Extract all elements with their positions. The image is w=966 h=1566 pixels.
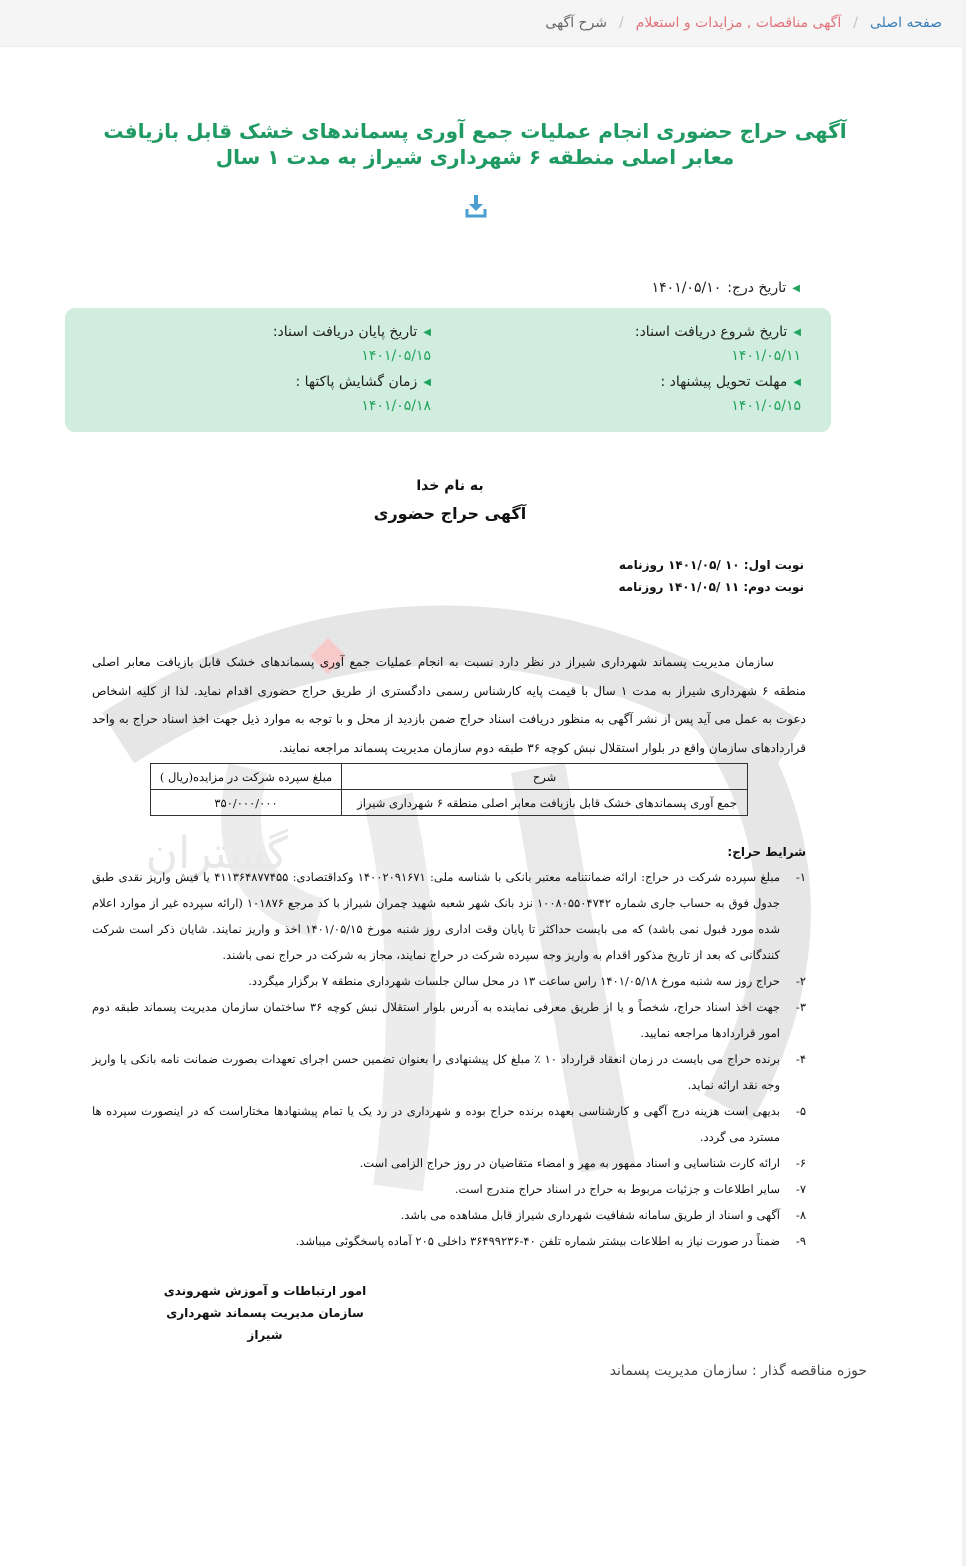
start-receive-label: تاریخ شروع دریافت اسناد:	[635, 324, 787, 340]
publication-round-2: نوبت دوم: ۱۱ /۱۴۰۱/۰۵ روزنامه	[618, 580, 804, 594]
doc-heading-title: آگهی حراج حضوری	[88, 504, 812, 523]
insert-date-label: تاریخ درج:	[727, 280, 786, 296]
condition-text: سایر اطلاعات و جزئیات مربوط به حراج در ا…	[455, 1182, 780, 1196]
conditions-list: ۱-مبلغ سپرده شرکت در حراج: ارائه ضمانتنا…	[92, 864, 806, 1254]
table-header: مبلغ سپرده شرکت در مزایده(ریال )	[151, 764, 342, 790]
condition-text: بدیهی است هزینه درج آگهی و کارشناسی بعهد…	[92, 1104, 780, 1144]
proposal-deadline-value: ۱۴۰۱/۰۵/۱۵	[660, 398, 801, 414]
table-cell: ۳۵۰/۰۰۰/۰۰۰	[151, 790, 342, 816]
condition-number: ۳-	[796, 994, 806, 1020]
end-receive-label: تاریخ پایان دریافت اسناد:	[273, 324, 417, 340]
signature-line-2: سازمان مدیریت پسماند شهرداری شیراز	[160, 1302, 370, 1346]
announcement-document-image: گستران به نام خدا آگهی حراج حضوری نوبت ا…	[88, 468, 812, 1346]
condition-item: ۸-آگهی و اسناد از طریق سامانه شفافیت شهر…	[92, 1202, 806, 1228]
dates-panel: ◀تاریخ شروع دریافت اسناد: ۱۴۰۱/۰۵/۱۱ ◀تا…	[65, 308, 831, 432]
breadcrumb-home-link[interactable]: صفحه اصلی	[870, 15, 942, 31]
condition-item: ۲-حراج روز سه شنبه مورخ ۱۴۰۱/۰۵/۱۸ راس س…	[92, 968, 806, 994]
download-button[interactable]	[463, 192, 489, 220]
page-title: آگهی حراج حضوری انجام عملیات جمع آوری پس…	[80, 118, 870, 170]
condition-text: حراج روز سه شنبه مورخ ۱۴۰۱/۰۵/۱۸ راس ساع…	[248, 974, 780, 988]
breadcrumb-separator: /	[619, 15, 624, 31]
triangle-bullet-icon: ◀	[792, 283, 800, 294]
signature-block: امور ارتباطات و آموزش شهروندی سازمان مدی…	[160, 1280, 370, 1346]
start-receive-date: ◀تاریخ شروع دریافت اسناد: ۱۴۰۱/۰۵/۱۱	[635, 324, 801, 364]
condition-number: ۱-	[796, 864, 806, 890]
condition-number: ۴-	[796, 1046, 806, 1072]
opening-time: ◀زمان گشایش پاکتها : ۱۴۰۱/۰۵/۱۸	[295, 374, 431, 414]
download-icon	[464, 193, 488, 219]
condition-number: ۲-	[796, 968, 806, 994]
condition-number: ۸-	[796, 1202, 806, 1228]
condition-number: ۷-	[796, 1176, 806, 1202]
proposal-deadline-label: مهلت تحویل پیشنهاد :	[660, 374, 787, 390]
publication-round-1: نوبت اول: ۱۰ /۱۴۰۱/۰۵ روزنامه	[619, 558, 804, 572]
end-receive-date: ◀تاریخ پایان دریافت اسناد: ۱۴۰۱/۰۵/۱۵	[273, 324, 431, 364]
doc-heading-basmala: به نام خدا	[88, 478, 812, 494]
condition-item: ۱-مبلغ سپرده شرکت در حراج: ارائه ضمانتنا…	[92, 864, 806, 968]
conditions-title: شرایط حراج:	[727, 845, 806, 859]
triangle-bullet-icon: ◀	[423, 377, 431, 388]
opening-label: زمان گشایش پاکتها :	[295, 374, 417, 390]
breadcrumb-category-link[interactable]: آگهی مناقصات , مزایدات و استعلام	[636, 15, 841, 31]
signature-line-1: امور ارتباطات و آموزش شهروندی	[160, 1280, 370, 1302]
condition-text: ارائه کارت شناسایی و اسناد ممهور به مهر …	[360, 1156, 780, 1170]
triangle-bullet-icon: ◀	[793, 377, 801, 388]
condition-number: ۵-	[796, 1098, 806, 1124]
condition-text: ضمناً در صورت نیاز به اطلاعات بیشتر شمار…	[296, 1234, 780, 1248]
opening-value: ۱۴۰۱/۰۵/۱۸	[295, 398, 431, 414]
table-cell: جمع آوری پسماندهای خشک قابل بازیافت معاب…	[342, 790, 748, 816]
page-edge-divider	[962, 0, 966, 1566]
proposal-deadline: ◀مهلت تحویل پیشنهاد : ۱۴۰۱/۰۵/۱۵	[660, 374, 801, 414]
condition-text: جهت اخذ اسناد حراج، شخصاً و یا از طریق م…	[92, 1000, 780, 1040]
deposit-table: شرح مبلغ سپرده شرکت در مزایده(ریال ) جمع…	[150, 763, 748, 816]
condition-item: ۶-ارائه کارت شناسایی و اسناد ممهور به مه…	[92, 1150, 806, 1176]
insert-date-value: ۱۴۰۱/۰۵/۱۰	[652, 280, 722, 296]
condition-text: آگهی و اسناد از طریق سامانه شفافیت شهردا…	[401, 1208, 780, 1222]
table-header-row: شرح مبلغ سپرده شرکت در مزایده(ریال )	[151, 764, 748, 790]
triangle-bullet-icon: ◀	[793, 327, 801, 338]
condition-item: ۹-ضمناً در صورت نیاز به اطلاعات بیشتر شم…	[92, 1228, 806, 1254]
condition-text: برنده حراج می بایست در زمان انعقاد قرارد…	[92, 1052, 780, 1092]
start-receive-value: ۱۴۰۱/۰۵/۱۱	[635, 348, 801, 364]
end-receive-value: ۱۴۰۱/۰۵/۱۵	[273, 348, 431, 364]
condition-number: ۶-	[796, 1150, 806, 1176]
tender-organization: حوزه مناقصه گذار : سازمان مدیریت پسماند	[610, 1363, 867, 1379]
insert-date: ◀ تاریخ درج: ۱۴۰۱/۰۵/۱۰	[652, 280, 800, 296]
doc-intro-paragraph: سازمان مدیریت پسماند شهرداری شیراز در نظ…	[92, 648, 806, 762]
condition-item: ۴-برنده حراج می بایست در زمان انعقاد قرا…	[92, 1046, 806, 1098]
condition-item: ۳-جهت اخذ اسناد حراج، شخصاً و یا از طریق…	[92, 994, 806, 1046]
breadcrumb-current: شرح آگهی	[545, 15, 607, 31]
breadcrumb: صفحه اصلی / آگهی مناقصات , مزایدات و است…	[0, 0, 962, 47]
condition-item: ۷-سایر اطلاعات و جزئیات مربوط به حراج در…	[92, 1176, 806, 1202]
table-row: جمع آوری پسماندهای خشک قابل بازیافت معاب…	[151, 790, 748, 816]
condition-text: مبلغ سپرده شرکت در حراج: ارائه ضمانتنامه…	[92, 870, 780, 962]
condition-item: ۵-بدیهی است هزینه درج آگهی و کارشناسی بع…	[92, 1098, 806, 1150]
breadcrumb-separator: /	[853, 15, 858, 31]
triangle-bullet-icon: ◀	[423, 327, 431, 338]
condition-number: ۹-	[796, 1228, 806, 1254]
table-header: شرح	[342, 764, 748, 790]
